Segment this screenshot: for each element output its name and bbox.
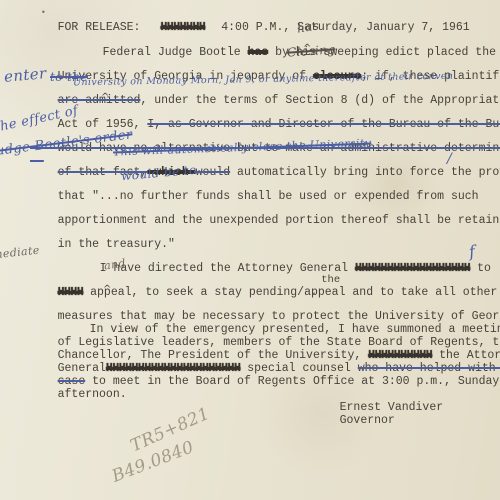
handwritten-enter: enter [3,64,47,86]
corner-mark: • [41,8,46,17]
handwritten-comma-mark: , [312,283,316,297]
caret-mark: ^ [101,92,109,103]
typed-line-18: afternoon. [30,375,127,414]
typed-text: afternoon. [58,388,127,401]
document-page: FOR RELEASE:HHHHHHH4:00 P.M., Saturday, … [0,0,500,500]
signature-title: Governor [312,401,395,440]
caret-mark: ^ [103,284,111,295]
handwritten-slash-mark: / [447,151,452,167]
handwritten-file-mark: f [468,242,477,262]
typed-text: to meet in the Board of Regents Office a… [85,375,499,388]
typed-text: Governor [340,414,395,427]
